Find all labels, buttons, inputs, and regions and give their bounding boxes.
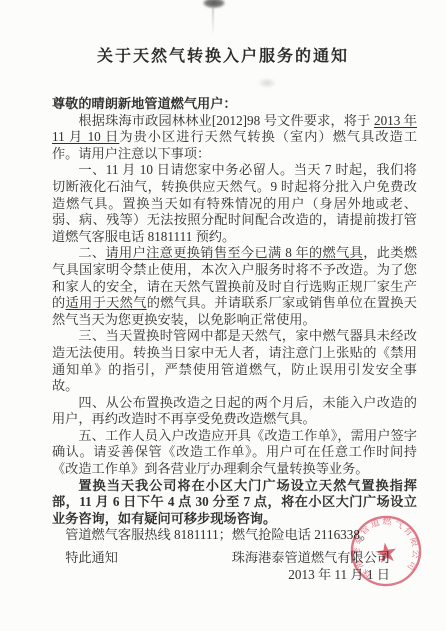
salutation: 尊敬的晴朗新地管道燃气用户： xyxy=(52,96,417,113)
notice-document: 关于天然气转换入户服务的通知 尊敬的晴朗新地管道燃气用户： 根据珠海市政园林林业… xyxy=(0,0,446,631)
intro-paragraph: 根据珠海市政园林林业[2012]98 号文件要求，将于 2013 年 11 月 … xyxy=(52,113,417,163)
item-5: 五、工作人员入户改造应开具《改造工作单》，需用户签字确认。请妥善保管《改造工作单… xyxy=(52,428,417,478)
item-4: 四、从公布置换改造之日起的两个月后，未能入户改造的用户，再约改造时不再享受免费改… xyxy=(52,395,417,428)
document-title: 关于天然气转换入户服务的通知 xyxy=(0,0,446,67)
scan-smudge-streak xyxy=(212,6,214,36)
star-icon: ★ xyxy=(372,536,400,569)
item-1: 一、11 月 10 日请您家中务必留人。当天 7 时起，我们将切断液化石油气，转… xyxy=(52,162,417,245)
item-2-underline-appliances: 请用户注意更换销售至今已满 8 年的燃气具 xyxy=(105,245,363,260)
item-2-number: 二、 xyxy=(78,245,105,260)
intro-text-pre: 根据珠海市政园林林业[2012]98 号文件要求，将于 xyxy=(78,113,374,128)
document-body: 尊敬的晴朗新地管道燃气用户： 根据珠海市政园林林业[2012]98 号文件要求，… xyxy=(52,96,417,567)
item-2: 二、请用户注意更换销售至今已满 8 年的燃气具，此类燃气具国家明令禁止使用，本次… xyxy=(52,245,417,328)
scan-smudge-faint xyxy=(258,78,276,88)
item-3: 三、当天置换时管网中都是天然气，家中燃气器具未经改造无法使用。转换当日家中无人者… xyxy=(52,328,417,394)
company-seal: 珠海港泰管道燃气有限公司 ★ xyxy=(341,506,431,596)
item-2-underline-suitable: 适用于天然气 xyxy=(66,295,147,310)
